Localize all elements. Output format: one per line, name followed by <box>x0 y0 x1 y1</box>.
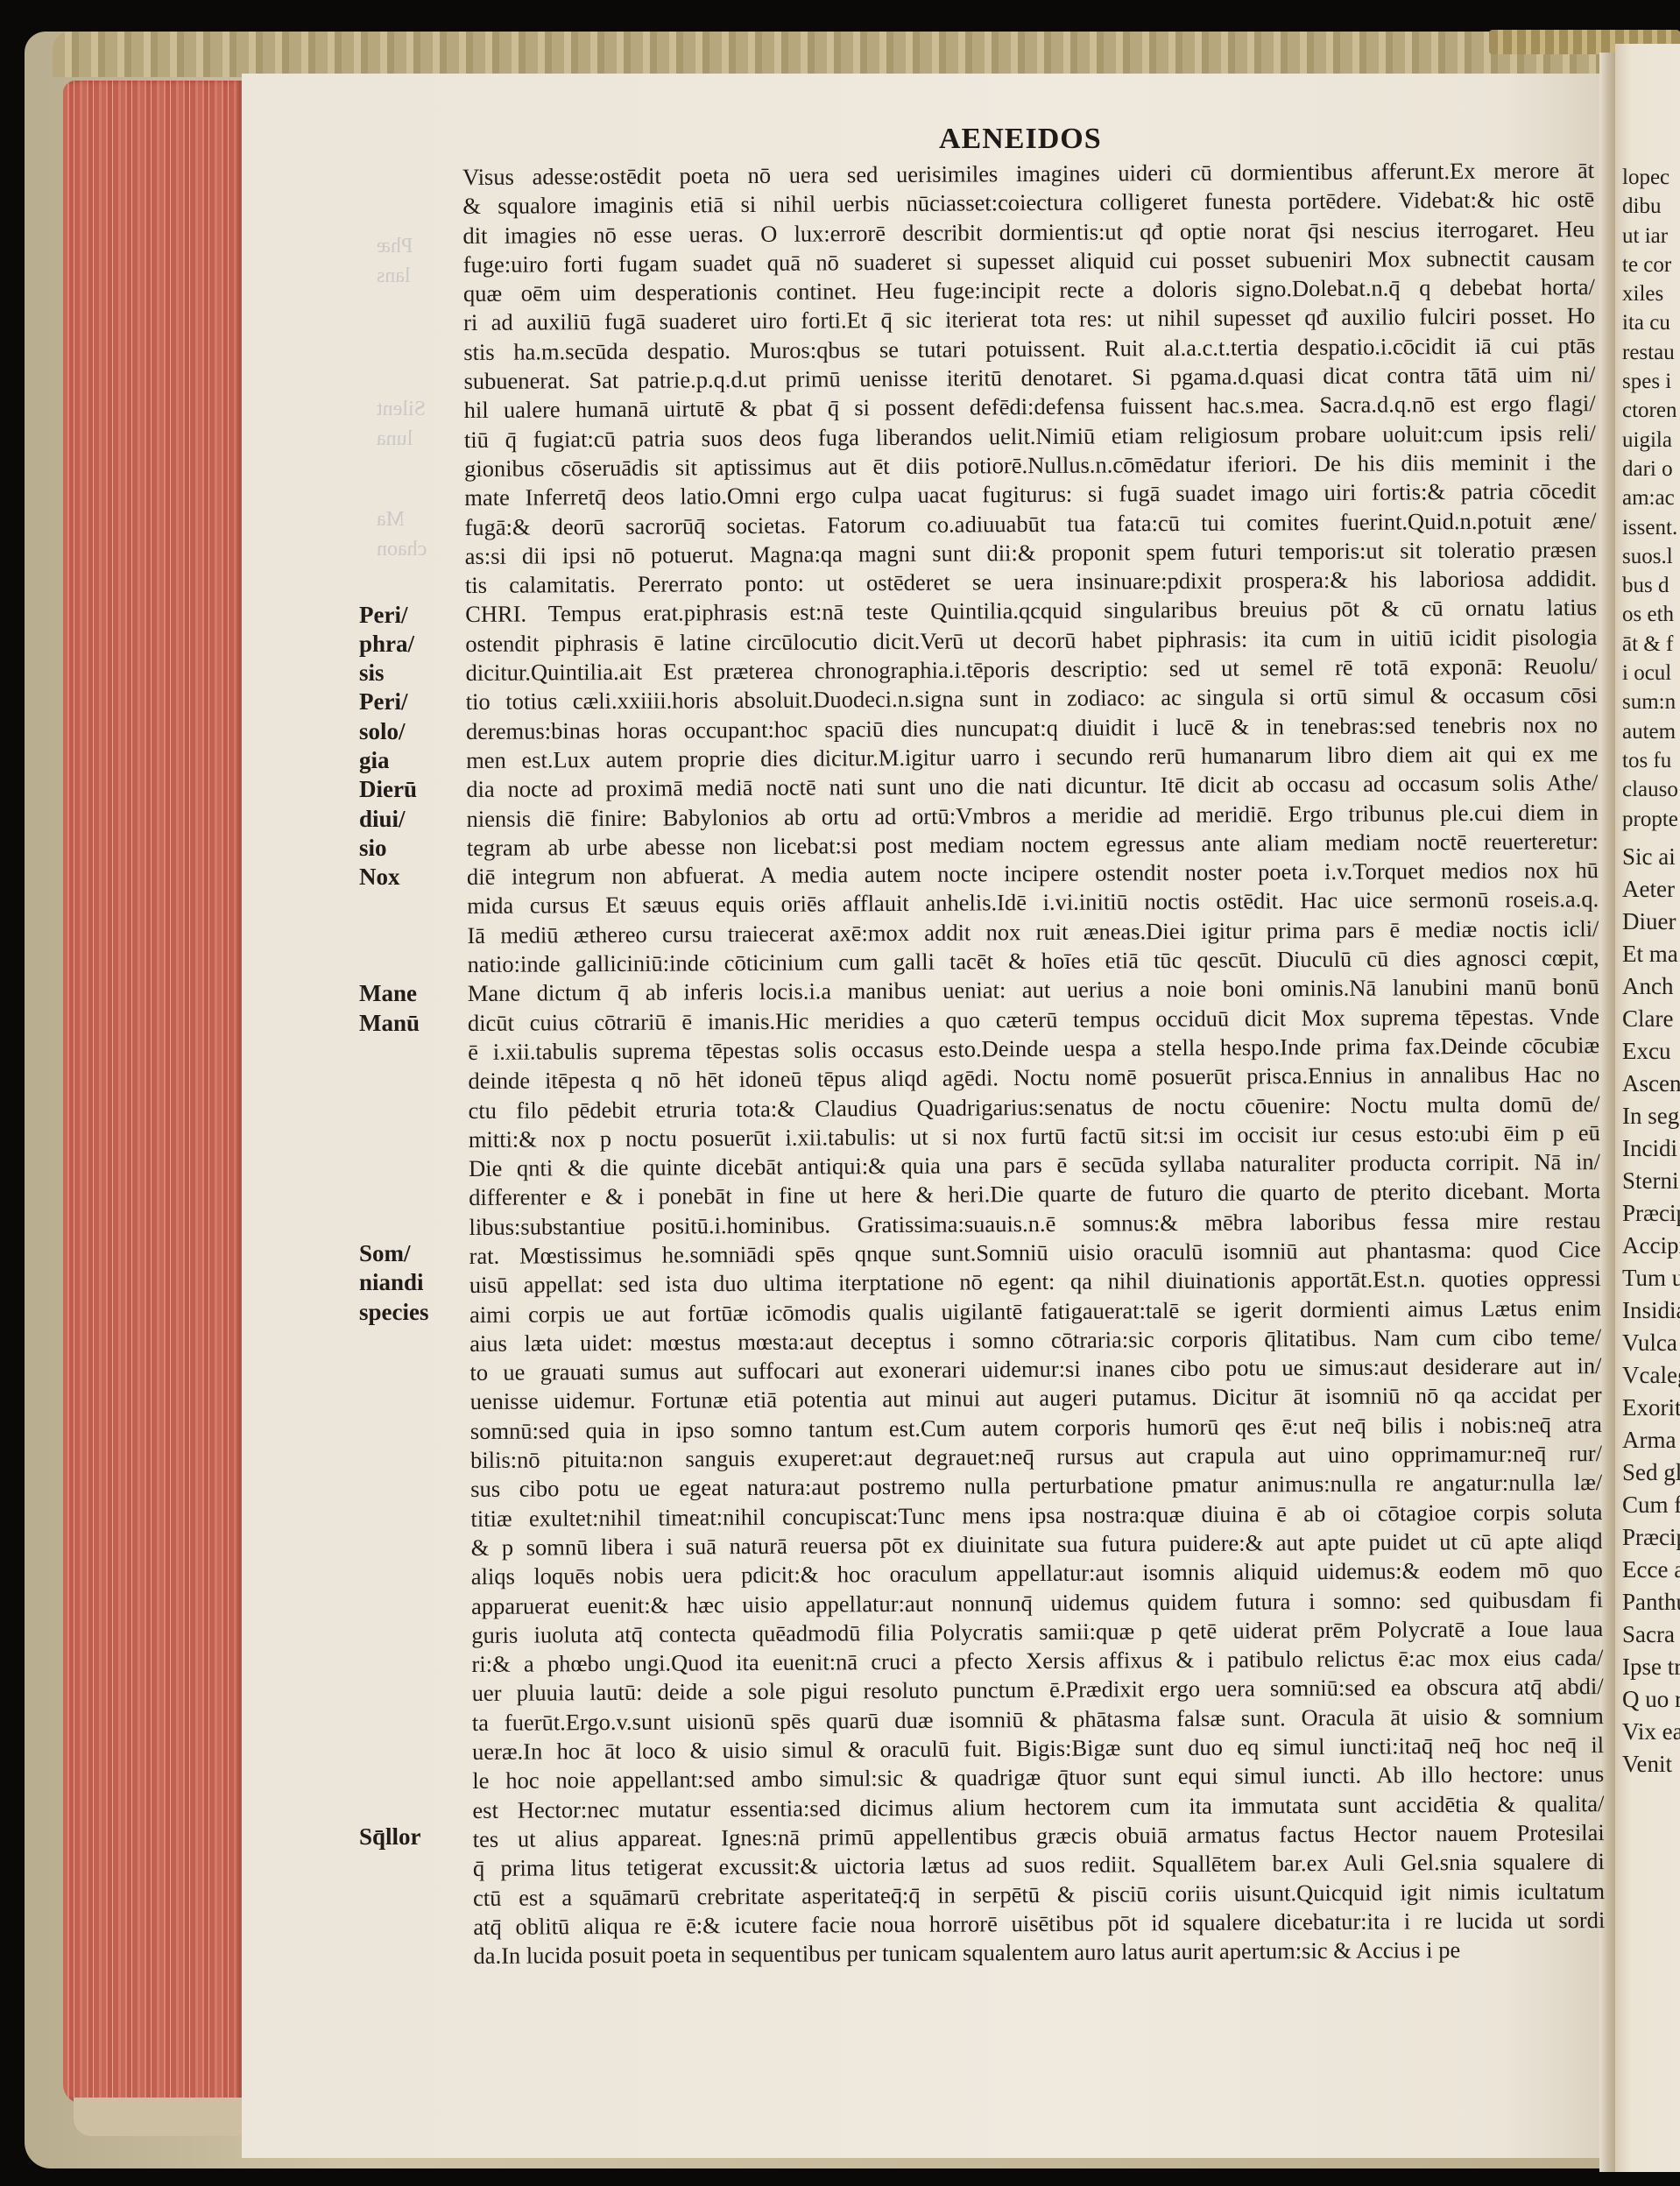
right-page-line: dibu <box>1622 192 1680 221</box>
right-page-verse-line: Diuer <box>1622 906 1680 938</box>
right-page-line: āt & f <box>1622 630 1680 659</box>
right-page-verse-line: Clare <box>1622 1003 1680 1035</box>
right-page-verse-line: Et ma <box>1622 938 1680 970</box>
right-page-verse-line: Sed glo <box>1622 1456 1680 1489</box>
binding-corner <box>74 2098 242 2136</box>
commentary-text-block: Visus adesse:ostēdit poeta nō uera sed u… <box>462 156 1606 1971</box>
right-page-line: issent. <box>1622 513 1680 542</box>
margin-note: gia <box>359 746 390 775</box>
right-page-line: os eth <box>1622 600 1680 629</box>
right-page-verse-line: Incidi <box>1622 1132 1680 1165</box>
red-fore-edge <box>63 81 242 2104</box>
margin-note: Manū <box>359 1009 420 1038</box>
right-page-verse-line: Excu <box>1622 1035 1680 1068</box>
right-page-text-fragment: lopecdibuut iarte corxilesita curestausp… <box>1622 163 1680 1781</box>
right-page-verse-line: Sterni <box>1622 1165 1680 1197</box>
right-page-line: i ocul <box>1622 659 1680 688</box>
right-page-verse-line: Arma a <box>1622 1424 1680 1456</box>
margin-note: diui/ <box>359 805 406 834</box>
right-page-verse-line: Anch <box>1622 970 1680 1003</box>
right-page-verse-line: Exorit <box>1622 1392 1680 1424</box>
margin-note: phra/ <box>359 630 414 659</box>
right-page-line: ut iar <box>1622 222 1680 250</box>
right-page-line: restau <box>1622 338 1680 367</box>
right-page-verse-line: Ipse tra <box>1622 1651 1680 1683</box>
bleed-through-text: Phæ <box>377 233 413 259</box>
margin-note: Peri/ <box>359 601 407 630</box>
right-page-line: xiles <box>1622 279 1680 308</box>
margin-note: Peri/ <box>359 688 407 716</box>
right-page-verse-line: Ecce au <box>1622 1554 1680 1586</box>
bleed-through-text: chaon <box>377 536 427 562</box>
right-page-line: propte <box>1622 805 1680 834</box>
right-page-verse-line: Aeter <box>1622 873 1680 906</box>
right-page-line: am:ac <box>1622 483 1680 512</box>
right-page-verse-line: Venit <box>1622 1748 1680 1781</box>
right-page-verse-line: Q uo r <box>1622 1683 1680 1716</box>
right-page-verse-line: Cum fo <box>1622 1489 1680 1521</box>
right-page-verse-line: Tum u <box>1622 1262 1680 1294</box>
right-page-verse-line: Ascen <box>1622 1068 1680 1100</box>
binding-headcap <box>53 32 1680 77</box>
right-page-line: dari o <box>1622 455 1680 483</box>
margin-note: Sq̄llor <box>359 1823 421 1851</box>
right-page-verse-line: Panthu <box>1622 1586 1680 1618</box>
bleed-through-text: Ma <box>377 506 405 532</box>
running-head: AENEIDOS <box>939 123 1102 156</box>
margin-note: sio <box>359 834 387 863</box>
right-page-line: ita cu <box>1622 308 1680 337</box>
right-page-line: te cor <box>1622 250 1680 279</box>
margin-note: Nox <box>359 863 400 892</box>
right-page-verse-line: Sacra n <box>1622 1618 1680 1651</box>
right-page-line: tos fu <box>1622 746 1680 775</box>
right-page-line: clauso <box>1622 775 1680 804</box>
right-page-verse-line: Vulca <box>1622 1327 1680 1359</box>
bleed-through-text: Silent <box>377 396 426 422</box>
margin-note: niandi <box>359 1268 424 1297</box>
right-page-line: uigila <box>1622 426 1680 455</box>
right-page-verse-line: Vix ea <box>1622 1716 1680 1748</box>
bleed-through-text: lans <box>377 263 411 289</box>
right-page-verse-line: Sic ai <box>1622 841 1680 873</box>
bleed-through-text: luna <box>377 426 413 452</box>
right-page-verse-line: Præcip <box>1622 1521 1680 1554</box>
right-page-verse-line: Præcip <box>1622 1197 1680 1230</box>
margin-note: sis <box>359 659 385 688</box>
right-page-line: suos.l <box>1622 542 1680 571</box>
right-page-verse-line: Accipi <box>1622 1230 1680 1262</box>
margin-note: Mane <box>359 979 417 1008</box>
margin-note: Dierū <box>359 775 417 804</box>
right-page-line: sum:n <box>1622 688 1680 716</box>
right-page-verse-line: In seg <box>1622 1100 1680 1132</box>
right-page-verse-line: Insidia <box>1622 1294 1680 1327</box>
margin-note: solo/ <box>359 717 406 746</box>
margin-note: Som/ <box>359 1239 411 1268</box>
right-page-verse-line: Vcaleg <box>1622 1359 1680 1392</box>
right-page-line: autem <box>1622 717 1680 746</box>
margin-note: species <box>359 1298 428 1327</box>
right-page-line: ctoren <box>1622 396 1680 425</box>
right-page-line: spes i <box>1622 367 1680 396</box>
right-page-line: bus d <box>1622 571 1680 600</box>
right-page-line: lopec <box>1622 163 1680 192</box>
